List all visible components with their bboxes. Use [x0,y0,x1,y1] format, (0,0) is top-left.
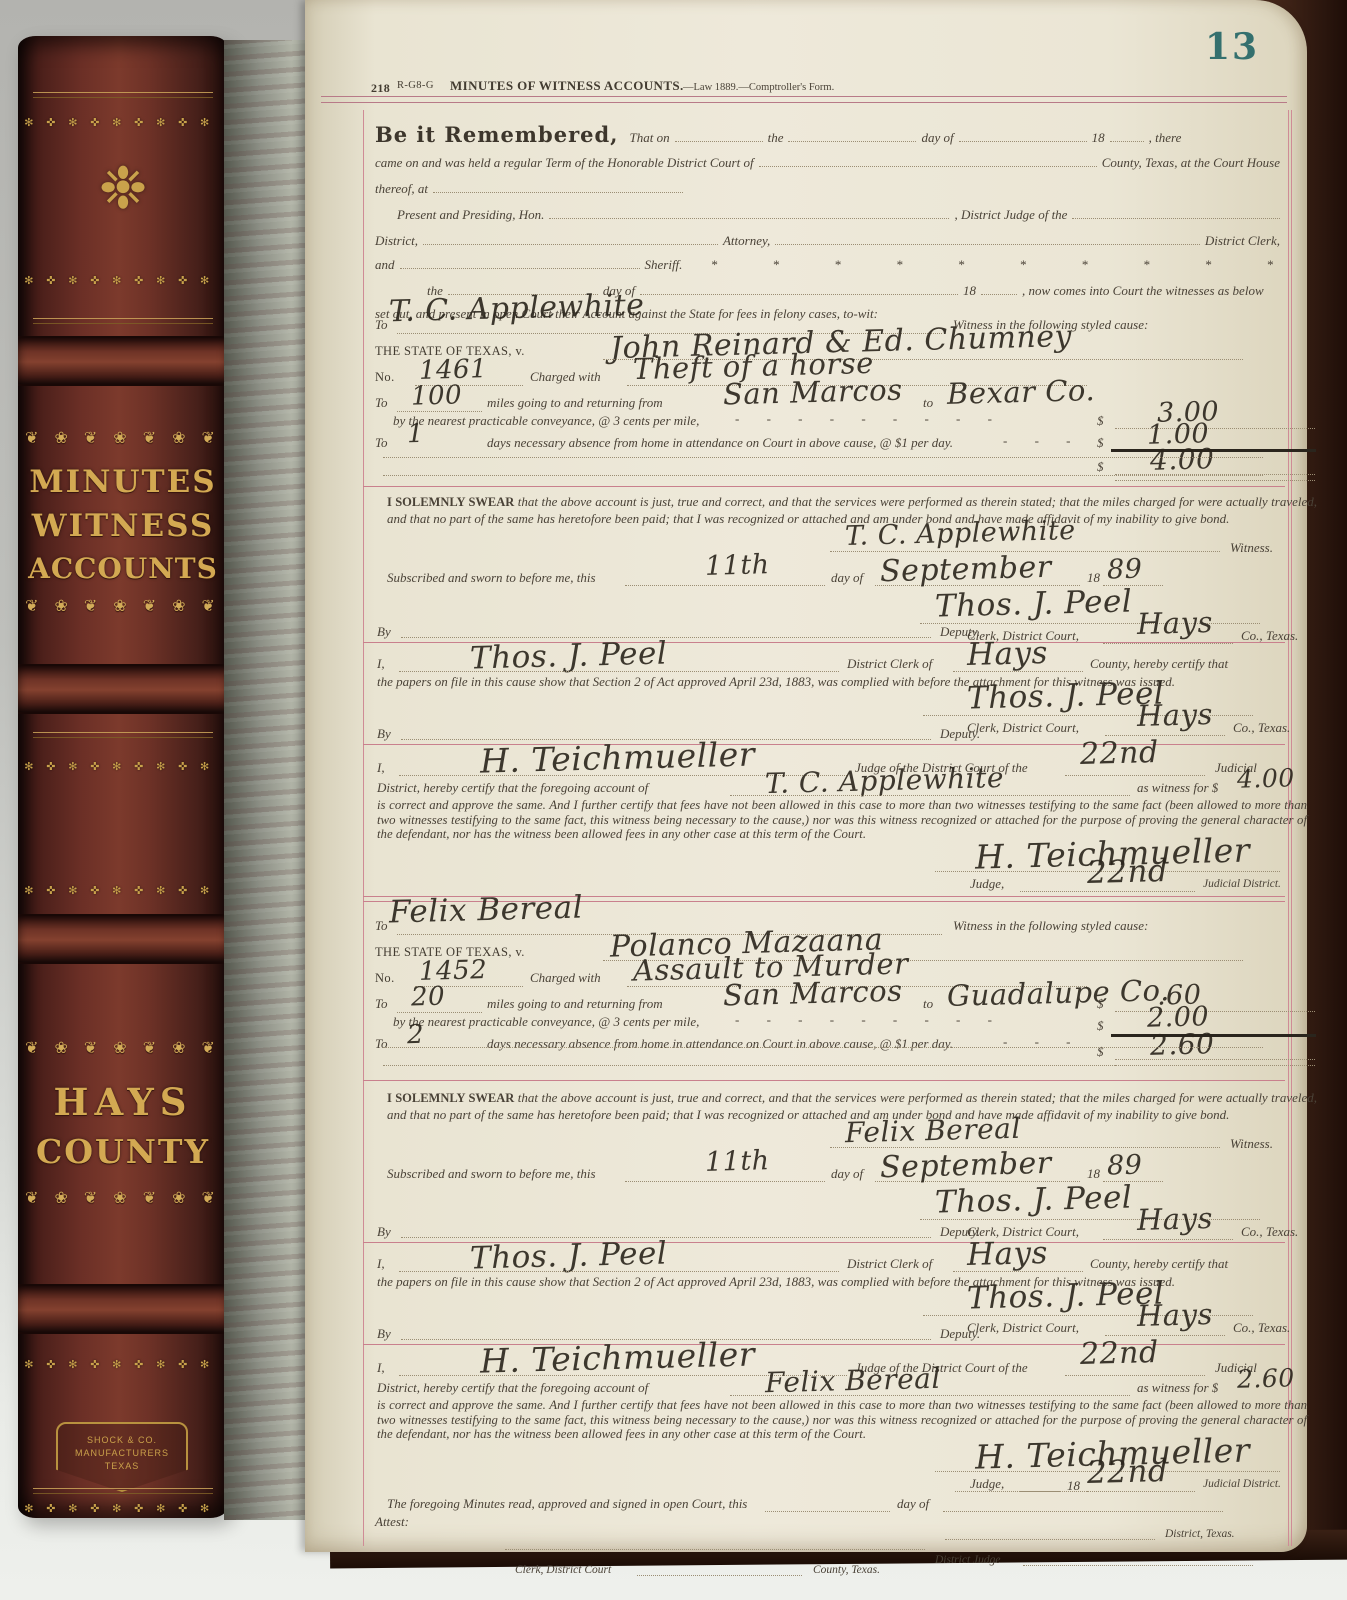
from-place-handwritten: San Marcos [723,373,903,412]
clerk-signature: Thos. J. Peel [935,583,1133,624]
label-miles: miles going to and returning from [487,996,663,1012]
gold-line [33,1488,214,1494]
star-band: ✻ ✜ ✻ ✜ ✻ ✜ ✻ ✜ ✻ ✜ ✻ [24,760,221,776]
blank-line [1115,1058,1315,1060]
blank-line [1020,890,1195,892]
blank-line [730,794,1130,796]
sworn-month-handwritten: September [880,1146,1052,1185]
form-law-note: —Law 1889.—Comptroller's Form. [683,80,834,96]
label-to: To [375,1036,388,1052]
book-photo: ✻ ✜ ✻ ✜ ✻ ✜ ✻ ✜ ✻ ✜ ✻ ❉ ✻ ✜ ✻ ✜ ✻ ✜ ✻ ✜ … [0,0,1347,1600]
printed-text: District Clerk, [1205,233,1280,249]
spine-county-line: COUNTY [18,1132,228,1171]
printed-text: 18 [1092,130,1105,146]
sworn-year-handwritten: 89 [1107,554,1143,586]
spine-title-line: WITNESS [18,508,228,544]
label-no: No. [375,369,395,385]
printed-text: , District Judge of the [954,207,1067,223]
scroll-band: ❦ ❀ ❦ ❀ ❦ ❀ ❦ [24,428,221,450]
printed-text: District, hereby certify that the forego… [377,780,648,796]
footer-section: 18 The foregoing Minutes read, approved … [375,1478,1280,1578]
clerk-signature: Thos. J. Peel [967,675,1165,716]
raised-band [18,664,228,714]
gold-line [33,318,214,324]
label-day-of: day of [831,1166,863,1182]
blank-line [1065,774,1205,776]
label-day-of: day of [831,570,863,586]
blank-line [433,180,683,193]
star-band: ✻ ✜ ✻ ✜ ✻ ✜ ✻ ✜ ✻ ✜ ✻ [24,1358,221,1374]
blank-line [1115,479,1315,481]
printed-text: Present and Presiding, Hon. [397,207,544,223]
label-attest: Attest: [375,1514,409,1530]
label-deputy: Deputy. [940,726,980,742]
blank-line [943,1510,1223,1512]
total-amount-handwritten: 2.60 [1150,1027,1215,1062]
district-number-handwritten: 22nd [1080,1335,1160,1372]
blank-line [505,1548,925,1550]
witness-signature: T. C. Applewhite [845,515,1076,552]
raised-band [18,1284,228,1334]
blank-line [675,129,763,142]
printed-text: The foregoing Minutes read, approved and… [387,1496,747,1512]
label-i: I, [377,656,385,672]
dollar-sign: $ [1097,1018,1104,1034]
from-place-handwritten: San Marcos [723,974,903,1013]
label-subscribed: Subscribed and sworn to before me, this [387,1166,596,1182]
form-title: MINUTES OF WITNESS ACCOUNTS. [450,78,684,94]
label-judicial-district: Judicial District. [1203,876,1281,892]
form-number: 218 [371,80,390,96]
label-by: By [377,624,391,640]
binder-maker-stamp: SHOCK & CO. MANUFACTURERS TEXAS [56,1422,188,1492]
sworn-day-handwritten: 11th [705,1145,770,1178]
blank-line [397,1011,482,1013]
blank-line [399,1270,839,1272]
oath-swear-bold: I SOLEMNLY SWEAR [387,495,514,509]
blank-rule [383,1046,1263,1048]
label-subscribed: Subscribed and sworn to before me, this [387,570,596,586]
district-number-handwritten: 22nd [1087,853,1169,891]
miles-handwritten: 20 [411,982,446,1013]
blank-line [945,1538,1155,1540]
label-i: I, [377,1256,385,1272]
label-no: No. [375,970,395,986]
section-separator [363,486,1285,487]
printed-text: Sheriff. [645,257,683,273]
leader-dashes: - - - - - - - - - [735,411,1065,427]
maker-line: MANUFACTURERS [58,1447,186,1460]
blank-line [765,1510,890,1512]
printed-text: , there [1149,130,1182,146]
label-18: 18 [1067,1478,1080,1494]
blank-line [423,232,718,245]
printed-text: County, Texas, at the Court House [1102,155,1280,171]
form-code: R-G8-G [397,78,434,94]
sworn-day-handwritten: 11th [705,549,770,582]
label-to: To [375,317,388,333]
clerk-signature: Thos. J. Peel [967,1275,1165,1316]
scroll-band: ❦ ❀ ❦ ❀ ❦ ❀ ❦ [24,1188,221,1210]
label-i: I, [377,760,385,776]
star-band: ✻ ✜ ✻ ✜ ✻ ✜ ✻ ✜ ✻ ✜ ✻ [24,116,221,132]
fee-amount-handwritten: 4.00 [1237,763,1295,793]
star-band: ✻ ✜ ✻ ✜ ✻ ✜ ✻ ✜ ✻ ✜ ✻ [24,884,221,900]
blank-line [1115,427,1315,429]
oath-block: I SOLEMNLY SWEAR that the above account … [375,1090,1280,1240]
printed-text: , now comes into Court the witnesses as … [1022,283,1264,299]
dollar-sign: $ [1097,996,1104,1012]
cross-ornament: ❉ [18,154,228,222]
label-to: To [375,996,388,1012]
label-to: To [375,435,388,451]
oath-swear-bold: I SOLEMNLY SWEAR [387,1091,514,1105]
blank-line [759,154,1097,167]
judge-certificate-block: I, H. Teichmueller Judge of the District… [375,1350,1280,1490]
blank-line [775,232,1200,245]
label-county-texas: County, Texas. [813,1562,880,1578]
label-miles: miles going to and returning from [487,395,663,411]
label-deputy: Deputy. [940,1326,980,1342]
label-charged-with: Charged with [530,970,601,986]
gold-line [33,732,214,738]
page-number: 13 [1205,26,1259,68]
maker-line: TEXAS [58,1460,186,1473]
be-it-remembered-heading: Be it Remembered, [375,122,619,147]
dollar-sign: $ [1097,459,1104,475]
printed-text: day of [921,130,953,146]
blank-line [1023,1564,1253,1566]
blank-line [730,1394,1130,1396]
star-band: ✻ ✜ ✻ ✜ ✻ ✜ ✻ ✜ ✻ ✜ ✻ [24,1502,221,1518]
dollar-sign: $ [1097,413,1104,429]
witness-name-handwritten: T. C. Applewhite [389,288,645,330]
label-district-clerk-of: District Clerk of [847,656,932,672]
spine-title-line: ACCOUNTS [18,552,228,585]
blank-line [637,1574,802,1576]
county-handwritten: Hays [967,635,1049,673]
blank-line [1110,129,1144,142]
label-to-word: to [923,395,933,411]
total-amount-handwritten: 4.00 [1150,442,1215,477]
label-witness: Witness. [1230,540,1273,556]
witness-name-handwritten: Felix Bereal [389,889,584,930]
label-to-word: to [923,996,933,1012]
printed-text: County, hereby certify that [1090,656,1228,672]
maker-line: SHOCK & CO. [58,1434,186,1447]
spine-county-line: HAYS [18,1080,228,1124]
fee-amount-handwritten: 2.60 [1237,1363,1295,1393]
printed-text: and [375,257,395,273]
blank-line [981,282,1017,295]
label-by: By [377,726,391,742]
label-days: days necessary absence from home in atte… [487,435,953,451]
section-separator [363,1080,1285,1081]
blank-line [399,670,839,672]
blank-line [549,206,949,219]
blank-line [955,1490,1060,1492]
dollar-sign: $ [1097,435,1104,451]
witness-account-block: To T. C. Applewhite Witness in the follo… [375,305,1280,485]
printed-text: came on and was held a regular Term of t… [375,155,754,171]
printed-text: District, hereby certify that the forego… [377,1380,648,1396]
dest-place-handwritten: Guadalupe Co. [947,973,1171,1013]
printed-text: thereof, at [375,181,428,197]
star-band: ✻ ✜ ✻ ✜ ✻ ✜ ✻ ✜ ✻ ✜ ✻ [24,274,221,290]
oath-block: I SOLEMNLY SWEAR that the above account … [375,494,1280,644]
printed-text: District, [375,233,418,249]
label-to: To [375,918,388,934]
blank-rule [383,1064,1263,1066]
blank-line [625,1180,825,1182]
dest-place-handwritten: Bexar Co. [947,373,1096,411]
blank-line [1087,1490,1147,1492]
label-district-clerk-of: District Clerk of [847,1256,932,1272]
blank-line [1065,1374,1205,1376]
blank-line [953,1270,1083,1272]
deputy-row: By Deputy. [375,624,1280,640]
label-judge: Judge, [970,876,1004,892]
district-number-handwritten: 22nd [1080,735,1160,772]
top-rule [321,96,1287,103]
label-district-texas: District, Texas. [1165,1526,1235,1542]
star-row: * * * * * * * * * * [711,257,1280,273]
gold-line [33,92,214,98]
label-day-of: day of [897,1496,929,1512]
label-clerk-district-court: Clerk, District Court [515,1562,611,1578]
blank-rule [383,456,1263,458]
leader-dashes: - - - - - - - - - [735,1012,1065,1028]
blank-line [640,282,958,295]
days-handwritten: 1 [407,419,425,449]
label-i: I, [377,1360,385,1376]
sworn-month-handwritten: September [880,550,1052,589]
label-witness: Witness. [1230,1136,1273,1152]
blank-line [625,584,825,586]
label-to: To [375,395,388,411]
printed-text: the [768,130,784,146]
blank-rule [383,474,1263,476]
witness-account-block: To Felix Bereal Witness in the following… [375,906,1280,1086]
sworn-year-handwritten: 89 [1107,1150,1143,1182]
blank-line [959,129,1087,142]
printed-text: 18 [963,283,976,299]
label-as-witness-for: as witness for $ [1137,780,1218,796]
witness-signature: Felix Bereal [845,1112,1022,1150]
raised-band [18,914,228,964]
blank-line [397,410,482,412]
blank-line [1072,206,1280,219]
blank-line [953,670,1083,672]
blank-line [400,256,640,269]
printed-text: County, hereby certify that [1090,1256,1228,1272]
raised-band [18,336,228,386]
label-district-judge: District Judge [935,1552,1000,1568]
label-conveyance: by the nearest practicable conveyance, @… [393,1014,699,1030]
label-conveyance: by the nearest practicable conveyance, @… [393,413,699,429]
blank-line [1115,1010,1315,1012]
ledger-page: 13 218 R-G8-G MINUTES OF WITNESS ACCOUNT… [305,0,1307,1552]
spine-title-line: MINUTES [18,464,228,500]
scroll-band: ❦ ❀ ❦ ❀ ❦ ❀ ❦ [24,596,221,618]
deputy-row: By Deputy. [375,1224,1280,1240]
blank-line [788,129,916,142]
scroll-band: ❦ ❀ ❦ ❀ ❦ ❀ ❦ [24,1038,221,1060]
miles-handwritten: 100 [411,380,463,411]
label-styled-cause: Witness in the following styled cause: [953,918,1148,934]
label-charged-with: Charged with [530,369,601,385]
clerk-signature: Thos. J. Peel [935,1179,1133,1220]
leader-dashes: - - - - - - - - - [1003,433,1083,449]
label-by: By [377,1326,391,1342]
county-handwritten: Hays [967,1235,1049,1273]
judge-certificate-block: I, H. Teichmueller Judge of the District… [375,750,1280,890]
label-days: days necessary absence from home in atte… [487,1036,953,1052]
printed-text: That on [630,130,670,146]
label-by: By [377,1224,391,1240]
book-spine: ✻ ✜ ✻ ✜ ✻ ✜ ✻ ✜ ✻ ✜ ✻ ❉ ✻ ✜ ✻ ✜ ✻ ✜ ✻ ✜ … [18,36,228,1518]
label-as-witness-for: as witness for $ [1137,1380,1218,1396]
printed-text: Attorney, [723,233,770,249]
